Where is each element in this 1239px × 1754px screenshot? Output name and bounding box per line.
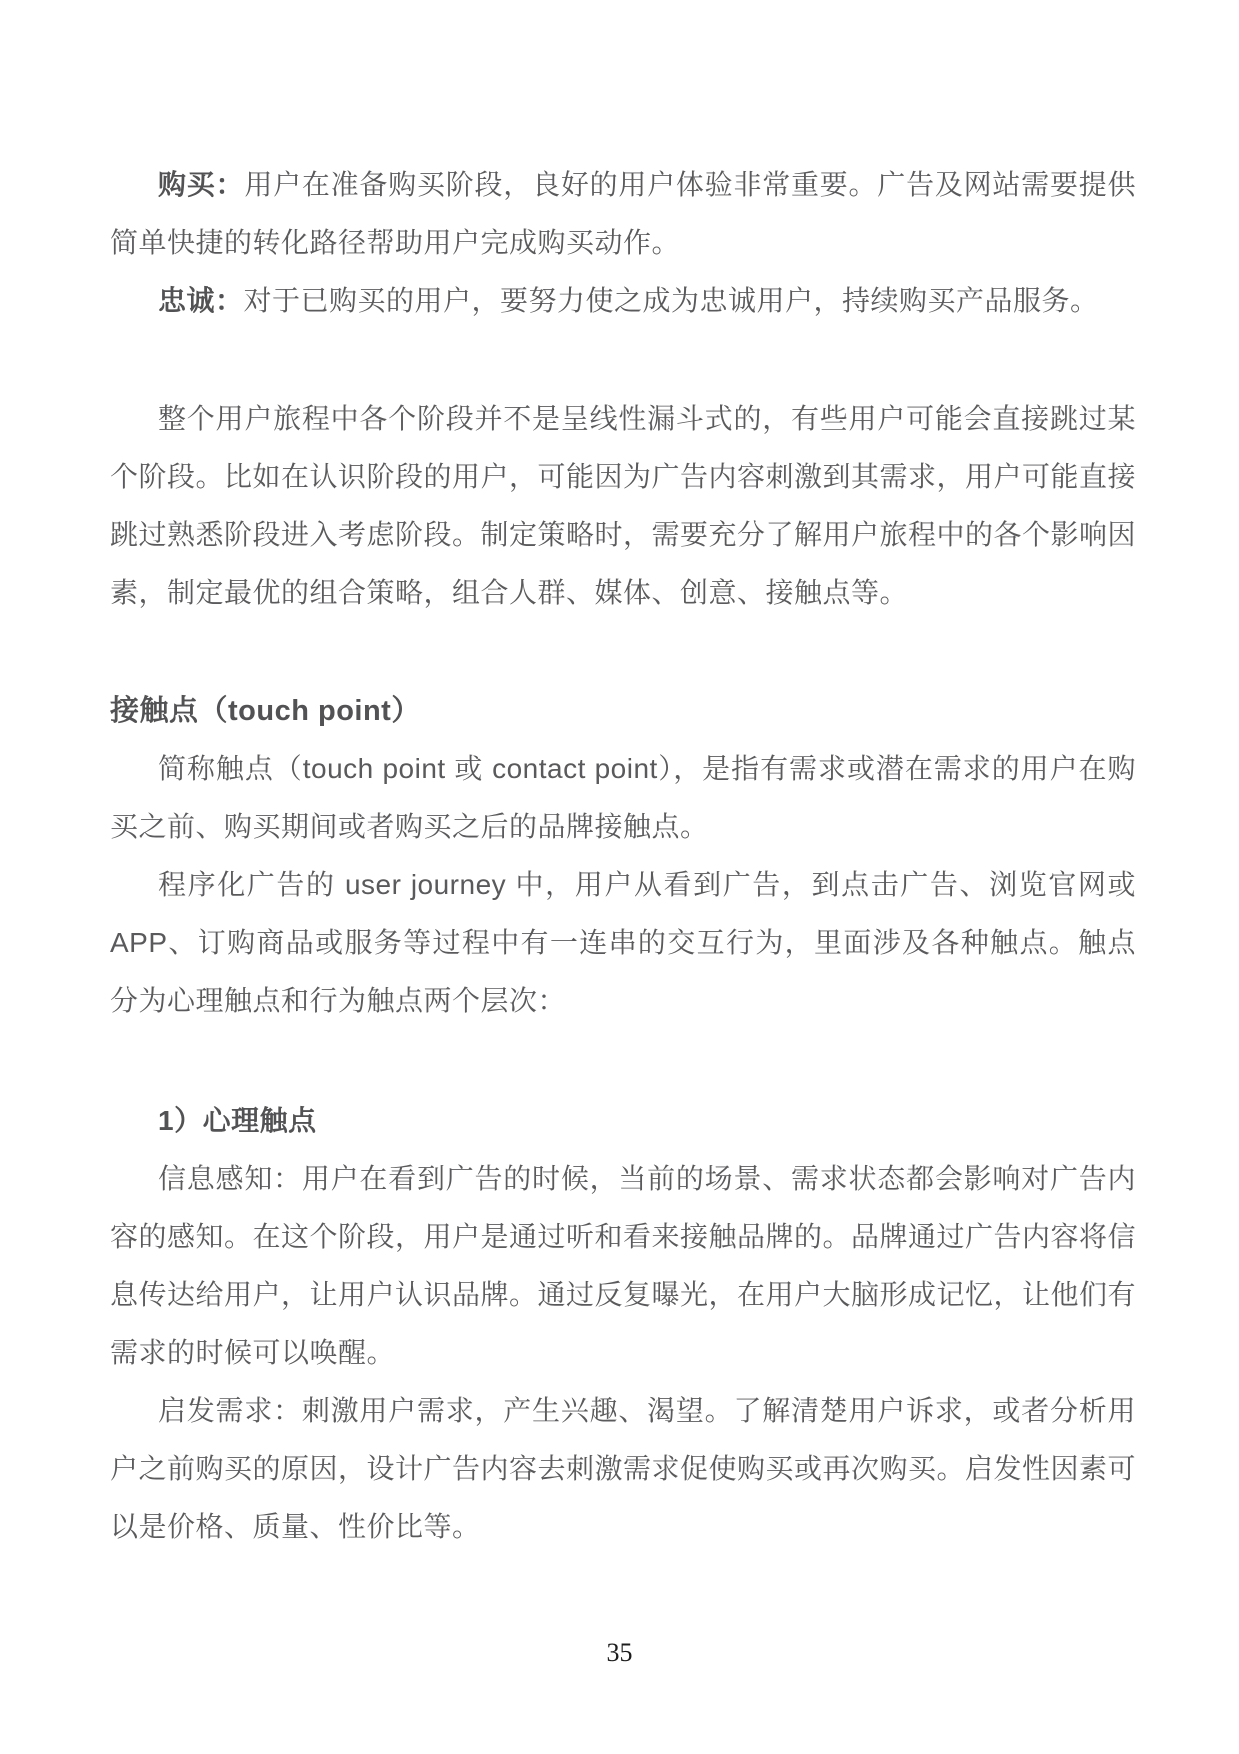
paragraph-loyalty: 忠诚：对于已购买的用户，要努力使之成为忠诚用户，持续购买产品服务。 — [110, 272, 1136, 330]
paragraph-touch-point-definition: 简称触点（touch point 或 contact point），是指有需求或… — [110, 740, 1136, 856]
paragraph-journey-stages-text: 整个用户旅程中各个阶段并不是呈线性漏斗式的，有些用户可能会直接跳过某个阶段。比如… — [110, 403, 1136, 608]
paragraph-inspire-demand: 启发需求：刺激用户需求，产生兴趣、渴望。了解清楚用户诉求，或者分析用户之前购买的… — [110, 1382, 1136, 1556]
page-number: 35 — [0, 1638, 1239, 1668]
page-body: 购买：用户在准备购买阶段，良好的用户体验非常重要。广告及网站需要提供简单快捷的转… — [110, 156, 1136, 1556]
paragraph-user-journey-touchpoints-text: 程序化广告的 user journey 中，用户从看到广告，到点击广告、浏览官网… — [110, 869, 1136, 1016]
document-page: 购买：用户在准备购买阶段，良好的用户体验非常重要。广告及网站需要提供简单快捷的转… — [0, 0, 1239, 1754]
paragraph-loyalty-lead: 忠诚： — [158, 285, 244, 316]
paragraph-user-journey-touchpoints: 程序化广告的 user journey 中，用户从看到广告，到点击广告、浏览官网… — [110, 856, 1136, 1030]
paragraph-purchase: 购买：用户在准备购买阶段，良好的用户体验非常重要。广告及网站需要提供简单快捷的转… — [110, 156, 1136, 272]
section-heading-touch-point: 接触点（touch point） — [110, 682, 1136, 740]
subsection-heading-psychological-touchpoints: 1）心理触点 — [110, 1092, 1136, 1150]
paragraph-journey-stages: 整个用户旅程中各个阶段并不是呈线性漏斗式的，有些用户可能会直接跳过某个阶段。比如… — [110, 390, 1136, 622]
paragraph-info-perception: 信息感知：用户在看到广告的时候，当前的场景、需求状态都会影响对广告内容的感知。在… — [110, 1150, 1136, 1382]
paragraph-touch-point-definition-text: 简称触点（touch point 或 contact point），是指有需求或… — [110, 753, 1136, 842]
paragraph-purchase-lead: 购买： — [158, 169, 244, 200]
paragraph-inspire-demand-text: 启发需求：刺激用户需求，产生兴趣、渴望。了解清楚用户诉求，或者分析用户之前购买的… — [110, 1395, 1136, 1542]
paragraph-loyalty-text: 对于已购买的用户，要努力使之成为忠诚用户，持续购买产品服务。 — [244, 285, 1099, 316]
paragraph-purchase-text: 用户在准备购买阶段，良好的用户体验非常重要。广告及网站需要提供简单快捷的转化路径… — [110, 169, 1136, 258]
paragraph-info-perception-text: 信息感知：用户在看到广告的时候，当前的场景、需求状态都会影响对广告内容的感知。在… — [110, 1163, 1136, 1368]
